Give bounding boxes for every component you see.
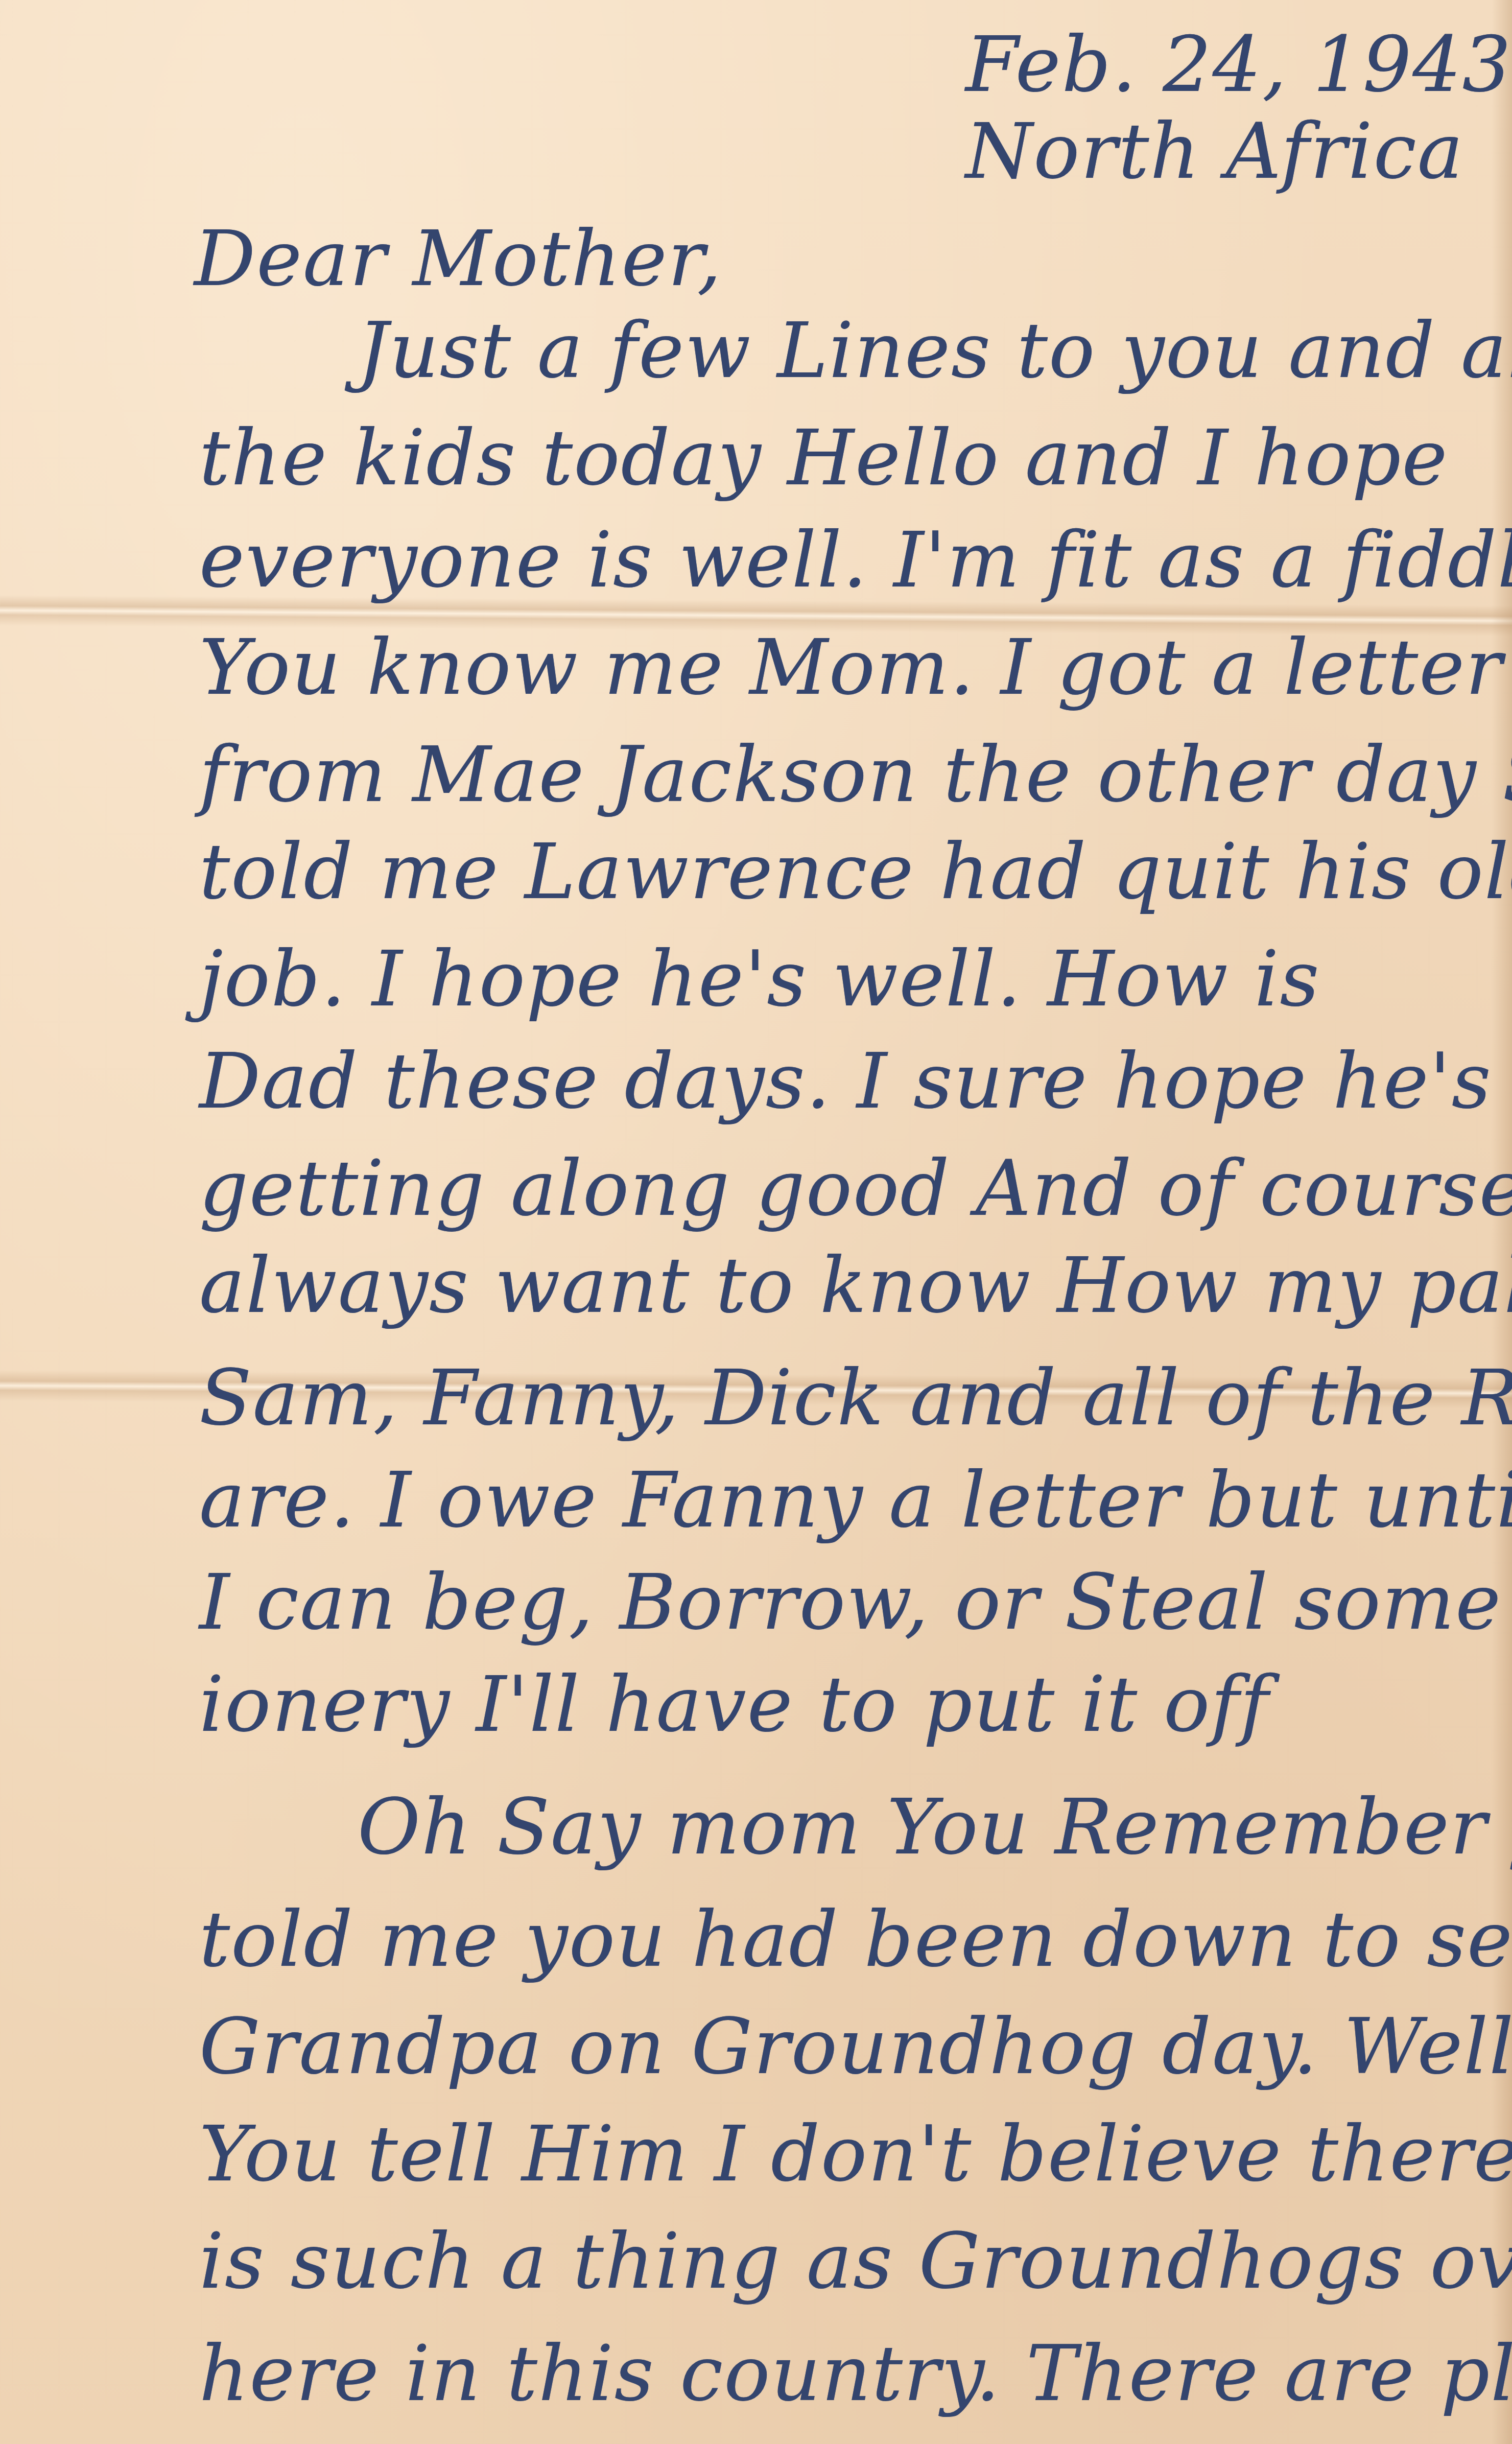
letter-line: You know me Mom. I got a letter bbox=[199, 623, 1503, 712]
letter-line: told me Lawrence had quit his old bbox=[199, 828, 1512, 917]
letter-line: job. I hope he's well. How is bbox=[199, 935, 1320, 1024]
letter-line: Dad these days. I sure hope he's bbox=[199, 1037, 1492, 1126]
letter-line: You tell Him I don't believe there bbox=[199, 2110, 1512, 2199]
letter-line: are. I owe Fanny a letter but until bbox=[199, 1456, 1512, 1545]
letter-line: Sam, Fanny, Dick and all of the Rest bbox=[199, 1354, 1512, 1443]
letter-line: ionery I'll have to put it off bbox=[199, 1660, 1269, 1749]
letter-line: Grandpa on Groundhog day. Well bbox=[199, 2003, 1512, 2091]
letter-date: Feb. 24, 1943 bbox=[965, 20, 1512, 109]
letter-line: Just a few Lines to you and all bbox=[358, 307, 1512, 395]
letter-line: the kids today Hello and I hope bbox=[199, 414, 1448, 503]
letter-page: Feb. 24, 1943 North Africa Dear Mother, … bbox=[0, 0, 1512, 2444]
letter-line: I can beg, Borrow, or Steal some Stat- bbox=[199, 1558, 1512, 1647]
letter-line: told me you had been down to see bbox=[199, 1895, 1512, 1984]
letter-line: everyone is well. I'm fit as a fiddle bbox=[199, 516, 1512, 605]
letter-place: North Africa bbox=[965, 107, 1464, 196]
letter-line: here in this country. There are plenty bbox=[199, 2330, 1512, 2418]
letter-line: getting along good And of course I bbox=[199, 1144, 1512, 1233]
letter-line: from Mae Jackson the other day She bbox=[199, 731, 1512, 819]
letter-salutation: Dear Mother, bbox=[194, 215, 722, 303]
letter-line: Oh Say mom You Remember you bbox=[358, 1783, 1512, 1872]
letter-line: is such a thing as Groundhogs over bbox=[199, 2217, 1512, 2306]
letter-line: always want to know How my pals bbox=[199, 1241, 1512, 1330]
